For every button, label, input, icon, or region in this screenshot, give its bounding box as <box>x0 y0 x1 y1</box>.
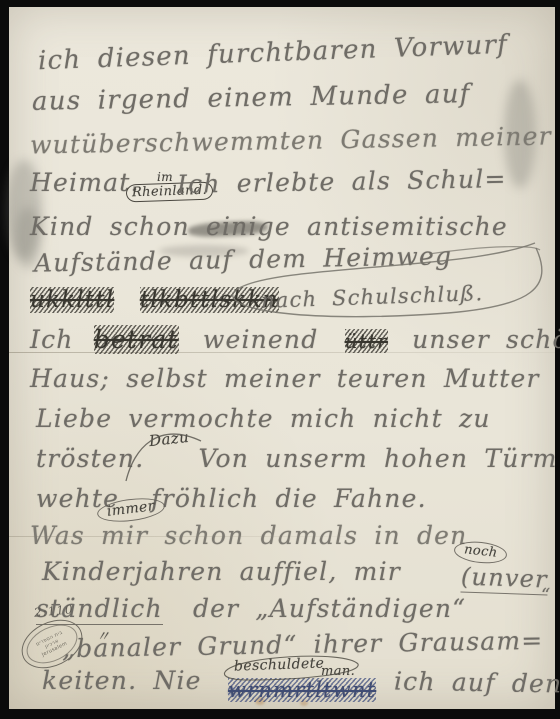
word-troesten: trösten. <box>36 444 144 473</box>
handwritten-line-17: keiten. Nie <box>42 666 202 695</box>
handwritten-line-14b: (unver <box>461 562 549 593</box>
word-heimat: Heimat. <box>30 168 140 197</box>
handwritten-line-10: Liebe vermochte mich nicht zu <box>36 404 491 433</box>
handwritten-line-17b: ich auf den <box>394 667 560 699</box>
stamp-text-bottom: Jerusalem <box>41 641 68 659</box>
handwritten-line-2: aus irgend einem Munde auf <box>32 79 471 117</box>
scanned-manuscript: { "artifact": { "shelfmark": "2:110", "t… <box>0 0 560 719</box>
phrase-unser-schoenes: unser schönes <box>412 325 560 354</box>
handwritten-line-11: trösten. Von unserm hohen Türm <box>36 444 558 473</box>
handwritten-line-3: wutüberschwemmten Gassen meiner <box>30 121 552 159</box>
circled-phrase-nach-schulschluss: nach Schulschluß. <box>261 281 484 313</box>
word-ich: Ich <box>30 325 74 354</box>
stamp-text-middle: ארכיון <box>44 638 60 650</box>
underlined-unver: (unver <box>460 562 548 595</box>
phrase-der-aufstaendigen: der „Aufständigen“ <box>193 594 466 623</box>
manuscript-page: ich diesen furchtbaren Vorwurf aus irgen… <box>9 7 555 709</box>
handwritten-line-8: Ich betrat weinend üttr unser schönes <box>30 325 560 354</box>
stray-quote-mark: “ <box>541 585 551 606</box>
crossed-out-blue-word: wrnmrtltwnt <box>228 678 376 702</box>
phrase-froehlich-fahne: fröhlich die Fahne. <box>151 484 426 513</box>
insertion-beschuldete: beschuldete <box>234 655 325 674</box>
crossed-out-word: ukklttl <box>30 287 114 313</box>
insertion-im: im <box>157 170 173 184</box>
handwritten-line-12: wehte fröhlich die Fahne. <box>36 484 427 513</box>
crossed-out-word: wrnmrtltwnt <box>228 678 376 702</box>
stamp-text-top: בית הספרים <box>35 629 64 647</box>
handwritten-line-1: ich diesen furchtbaren Vorwurf <box>38 30 509 76</box>
handwritten-line-7: ukklttl tlkbttlskkn <box>30 287 279 313</box>
crossed-out-word: tlkbttlskkn <box>140 287 279 313</box>
insertion-man: man. <box>321 664 355 679</box>
handwritten-line-4b: Ich erlebte als Schul= <box>177 164 507 199</box>
margin-tick-mark: 〃 <box>96 626 111 646</box>
handwritten-line-5: Kind schon einige antisemitische <box>30 212 508 241</box>
handwritten-line-13: Was mir schon damals in den <box>30 521 467 550</box>
crossed-out-betrat: betrat <box>94 325 179 354</box>
word-weinend: weinend <box>203 325 319 354</box>
handwritten-line-6: Aufstände auf dem Heimweg <box>34 241 453 277</box>
handwritten-line-14: Kinderjahren auffiel, mir <box>42 557 401 586</box>
crossed-out-word: üttr <box>345 329 388 353</box>
handwritten-line-4: Heimat. <box>30 168 140 197</box>
handwritten-line-15: ständlich der „Aufständigen“ <box>36 594 466 623</box>
handwritten-line-9: Haus; selbst meiner teuren Mutter <box>30 364 540 393</box>
phrase-von-unserm: Von unserm hohen Türm <box>199 444 558 473</box>
